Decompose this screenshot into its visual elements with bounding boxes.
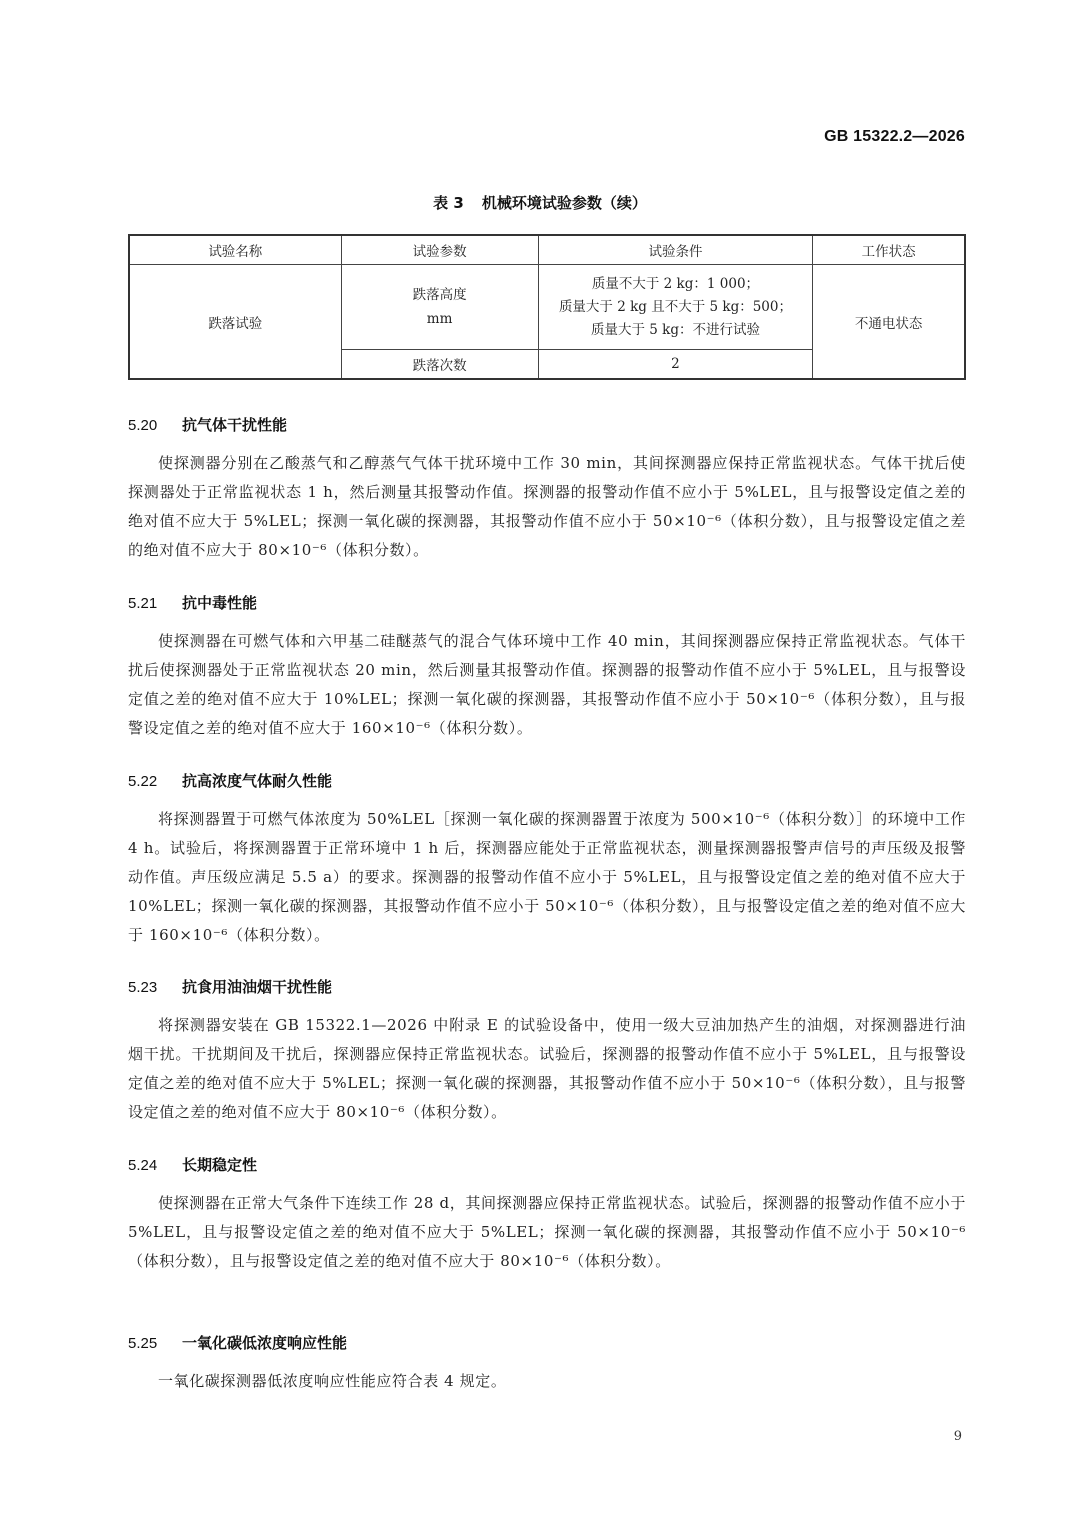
cell-work-state: 不通电状态 <box>813 265 965 380</box>
section-title: 抗中毒性能 <box>182 594 257 612</box>
cell-drop-count-value: 2 <box>538 350 813 380</box>
section-paragraph: 一氧化碳探测器低浓度响应性能应符合表 4 规定。 <box>128 1367 966 1396</box>
section-5-25: 5.25一氧化碳低浓度响应性能 一氧化碳探测器低浓度响应性能应符合表 4 规定。 <box>128 1332 966 1396</box>
section-heading: 5.23抗食用油油烟干扰性能 <box>128 976 966 998</box>
section-number: 5.23 <box>128 977 182 999</box>
section-title: 抗食用油油烟干扰性能 <box>182 978 332 996</box>
param-label: 跌落高度 <box>346 283 534 307</box>
header-test-param: 试验参数 <box>341 235 538 265</box>
table-caption-number: 表 3 <box>433 194 464 212</box>
section-paragraph: 将探测器置于可燃气体浓度为 50%LEL［探测一氧化碳的探测器置于浓度为 500… <box>128 805 966 950</box>
section-paragraph: 使探测器在正常大气条件下连续工作 28 d，其间探测器应保持正常监视状态。试验后… <box>128 1189 966 1276</box>
header-test-name: 试验名称 <box>129 235 341 265</box>
section-title: 长期稳定性 <box>182 1156 257 1174</box>
section-heading: 5.22抗高浓度气体耐久性能 <box>128 770 966 792</box>
section-5-24: 5.24长期稳定性 使探测器在正常大气条件下连续工作 28 d，其间探测器应保持… <box>128 1154 966 1276</box>
section-5-23: 5.23抗食用油油烟干扰性能 将探测器安装在 GB 15322.1—2026 中… <box>128 976 966 1127</box>
section-number: 5.20 <box>128 415 182 437</box>
section-heading: 5.21抗中毒性能 <box>128 592 966 614</box>
section-paragraph: 将探测器安装在 GB 15322.1—2026 中附录 E 的试验设备中，使用一… <box>128 1011 966 1127</box>
section-5-20: 5.20抗气体干扰性能 使探测器分别在乙酸蒸气和乙醇蒸气气体干扰环境中工作 30… <box>128 414 966 565</box>
condition-line: 质量不大于 2 kg：1 000； <box>543 273 809 296</box>
section-heading: 5.25一氧化碳低浓度响应性能 <box>128 1332 966 1354</box>
condition-line: 质量大于 2 kg 且不大于 5 kg：500； <box>543 296 809 319</box>
section-5-22: 5.22抗高浓度气体耐久性能 将探测器置于可燃气体浓度为 50%LEL［探测一氧… <box>128 770 966 950</box>
table-header-row: 试验名称 试验参数 试验条件 工作状态 <box>129 235 965 265</box>
section-title: 抗气体干扰性能 <box>182 416 287 434</box>
section-number: 5.24 <box>128 1155 182 1177</box>
cell-conditions: 质量不大于 2 kg：1 000； 质量大于 2 kg 且不大于 5 kg：50… <box>538 265 813 350</box>
section-number: 5.21 <box>128 593 182 615</box>
section-paragraph: 使探测器分别在乙酸蒸气和乙醇蒸气气体干扰环境中工作 30 min，其间探测器应保… <box>128 449 966 565</box>
cell-param-drop-height: 跌落高度 mm <box>341 265 538 350</box>
table-row: 跌落试验 跌落高度 mm 质量不大于 2 kg：1 000； 质量大于 2 kg… <box>129 265 965 350</box>
section-number: 5.22 <box>128 771 182 793</box>
header-test-condition: 试验条件 <box>538 235 813 265</box>
section-5-21: 5.21抗中毒性能 使探测器在可燃气体和六甲基二硅醚蒸气的混合气体环境中工作 4… <box>128 592 966 743</box>
section-title: 抗高浓度气体耐久性能 <box>182 772 332 790</box>
mechanical-env-test-table: 试验名称 试验参数 试验条件 工作状态 跌落试验 跌落高度 mm 质量不大于 2… <box>128 234 966 380</box>
cell-test-name: 跌落试验 <box>129 265 341 380</box>
table-caption-title: 机械环境试验参数（续） <box>482 194 647 212</box>
standard-code: GB 15322.2—2026 <box>824 128 965 146</box>
section-heading: 5.24长期稳定性 <box>128 1154 966 1176</box>
page-number: 9 <box>954 1429 962 1444</box>
section-paragraph: 使探测器在可燃气体和六甲基二硅醚蒸气的混合气体环境中工作 40 min，其间探测… <box>128 627 966 743</box>
condition-line: 质量大于 5 kg：不进行试验 <box>543 319 809 342</box>
section-number: 5.25 <box>128 1333 182 1355</box>
section-title: 一氧化碳低浓度响应性能 <box>182 1334 347 1352</box>
section-heading: 5.20抗气体干扰性能 <box>128 414 966 436</box>
header-work-state: 工作状态 <box>813 235 965 265</box>
table-caption: 表 3机械环境试验参数（续） <box>0 192 1080 213</box>
param-unit: mm <box>346 307 534 331</box>
cell-param-drop-count: 跌落次数 <box>341 350 538 380</box>
